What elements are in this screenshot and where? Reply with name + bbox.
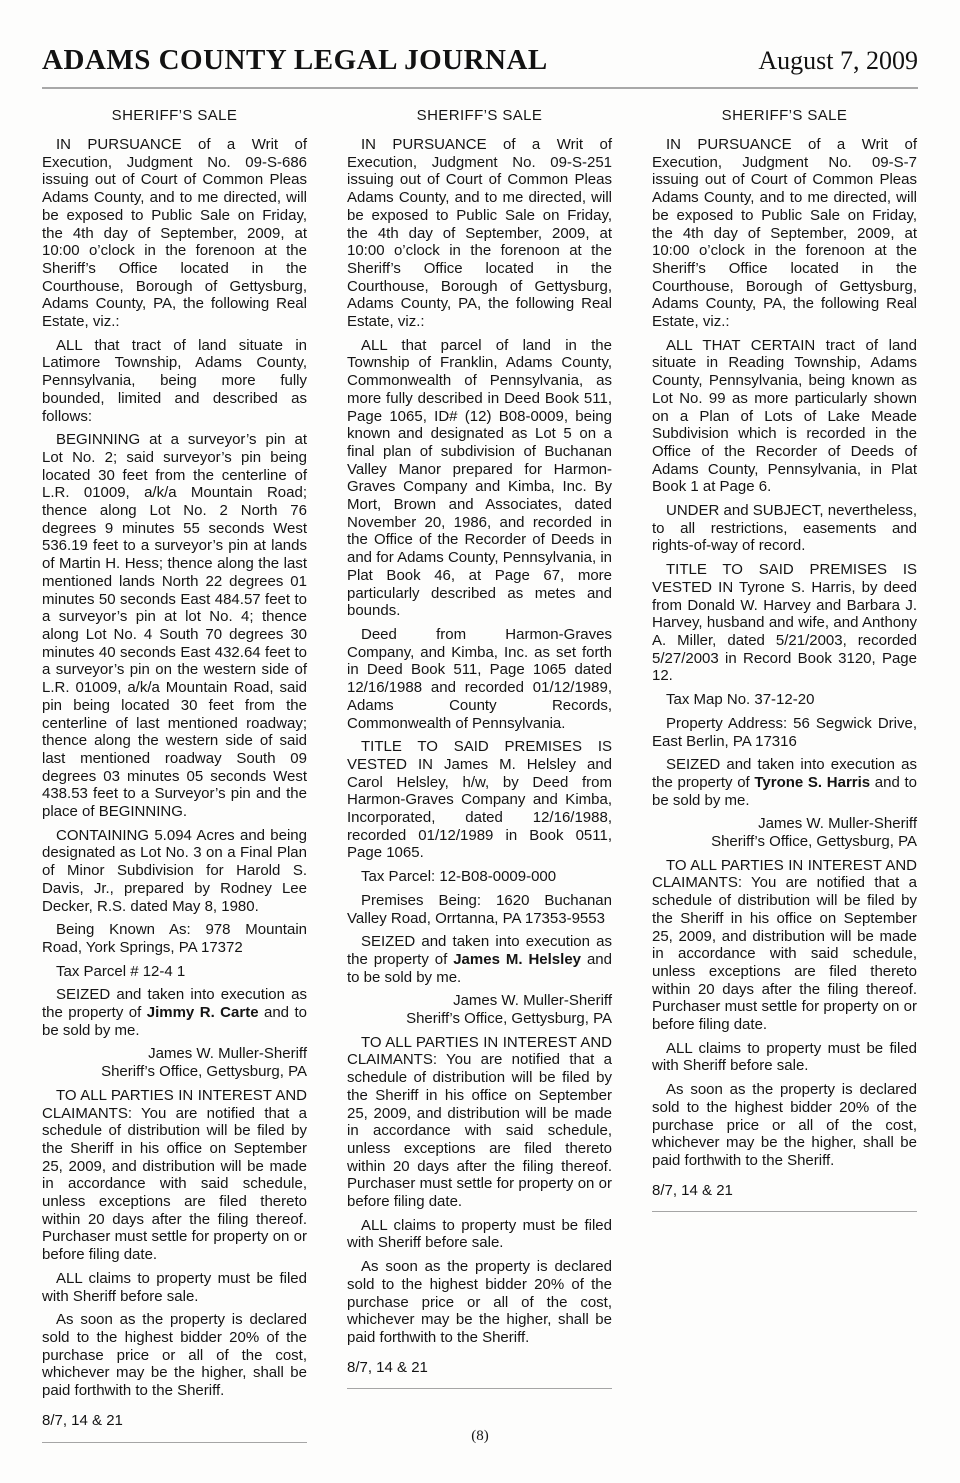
paragraph-text: As soon as the property is declared sold… [347,1258,612,1346]
notice-paragraph: IN PURSUANCE of a Writ of Execution, Jud… [347,136,612,331]
notice-body: IN PURSUANCE of a Writ of Execution, Jud… [347,136,612,1376]
paragraph-text: TO ALL PARTIES IN INTEREST AND CLAIMANTS… [42,1087,307,1263]
paragraph-text: Property Address: 56 Segwick Drive, East… [652,715,917,750]
page-number: (8) [0,1428,960,1445]
signature-line: Sheriff’s Office, Gettysburg, PA [347,1010,612,1028]
notice-paragraph: TITLE TO SAID PREMISES IS VESTED IN Jame… [347,738,612,862]
paragraph-text: As soon as the property is declared sold… [42,1311,307,1399]
notice-paragraph: UNDER and SUBJECT, nevertheless, to all … [652,502,917,555]
notice-paragraph: SEIZED and taken into execution as the p… [347,933,612,986]
paragraph-text: Deed from Harmon-Graves Company, and Kim… [347,626,612,732]
signature-line: James W. Muller-Sheriff [652,815,917,833]
notice-paragraph: As soon as the property is declared sold… [652,1081,917,1170]
signature-block: James W. Muller-SheriffSheriff’s Office,… [347,992,612,1027]
notice-paragraph: CONTAINING 5.094 Acres and being designa… [42,827,307,916]
notice-paragraph: ALL claims to property must be filed wit… [42,1270,307,1305]
paragraph-text: IN PURSUANCE of a Writ of Execution, Jud… [347,136,612,330]
notice-paragraph: Deed from Harmon-Graves Company, and Kim… [347,626,612,732]
notice-column: SHERIFF’S SALE IN PURSUANCE of a Writ of… [42,107,307,1443]
signature-line: James W. Muller-Sheriff [347,992,612,1010]
signature-line: Sheriff’s Office, Gettysburg, PA [42,1063,307,1081]
paragraph-text: Tax Parcel: 12-B08-0009-000 [361,868,556,885]
notice-heading: SHERIFF’S SALE [347,107,612,125]
notice-paragraph: ALL claims to property must be filed wit… [347,1217,612,1252]
notice-paragraph: IN PURSUANCE of a Writ of Execution, Jud… [652,136,917,331]
notice-paragraph: TO ALL PARTIES IN INTEREST AND CLAIMANTS… [42,1087,307,1264]
notice-paragraph: SEIZED and taken into execution as the p… [652,756,917,809]
paragraph-text: Tax Parcel # 12-4 1 [56,963,185,980]
notice-body: IN PURSUANCE of a Writ of Execution, Jud… [42,136,307,1430]
notice-paragraph: Tax Parcel: 12-B08-0009-000 [347,868,612,886]
notice-paragraph: ALL claims to property must be filed wit… [652,1040,917,1075]
paragraph-text: IN PURSUANCE of a Writ of Execution, Jud… [42,136,307,330]
paragraph-text: CONTAINING 5.094 Acres and being designa… [42,827,307,915]
notice-paragraph: ALL that tract of land situate in Latimo… [42,337,307,426]
notice-column: SHERIFF’S SALE IN PURSUANCE of a Writ of… [347,107,612,1443]
paragraph-text: IN PURSUANCE of a Writ of Execution, Jud… [652,136,917,330]
notice-paragraph: TO ALL PARTIES IN INTEREST AND CLAIMANTS… [652,857,917,1034]
signature-block: James W. Muller-SheriffSheriff’s Office,… [42,1045,307,1080]
notice-paragraph: Tax Map No. 37-12-20 [652,691,917,709]
signature-block: James W. Muller-SheriffSheriff’s Office,… [652,815,917,850]
masthead-title: ADAMS COUNTY LEGAL JOURNAL [42,44,548,76]
paragraph-text: TO ALL PARTIES IN INTEREST AND CLAIMANTS… [347,1034,612,1210]
notice-paragraph: Tax Parcel # 12-4 1 [42,963,307,981]
notice-paragraph: TITLE TO SAID PREMISES IS VESTED IN Tyro… [652,561,917,685]
paragraph-text: ALL that parcel of land in the Township … [347,337,612,620]
notice-paragraph: ALL THAT CERTAIN tract of land situate i… [652,337,917,496]
docket-line: 8/7, 14 & 21 [42,1412,307,1430]
notice-body: IN PURSUANCE of a Writ of Execution, Jud… [652,136,917,1199]
notice-end-rule [652,1211,917,1212]
paragraph-text: TO ALL PARTIES IN INTEREST AND CLAIMANTS… [652,857,917,1033]
paragraph-text: TITLE TO SAID PREMISES IS VESTED IN Jame… [347,738,612,861]
defendant-name: Tyrone S. Harris [754,774,870,791]
notice-paragraph: Premises Being: 1620 Buchanan Valley Roa… [347,892,612,927]
paragraph-text: BEGINNING at a surveyor’s pin at Lot No.… [42,431,307,820]
paragraph-text: ALL claims to property must be filed wit… [42,1270,307,1305]
defendant-name: Jimmy R. Carte [147,1004,259,1021]
notice-end-rule [347,1388,612,1389]
notice-heading: SHERIFF’S SALE [42,107,307,125]
notice-paragraph: TO ALL PARTIES IN INTEREST AND CLAIMANTS… [347,1034,612,1211]
notice-paragraph: Being Known As: 978 Mountain Road, York … [42,921,307,956]
notice-column: SHERIFF’S SALE IN PURSUANCE of a Writ of… [652,107,917,1443]
paragraph-text: Tax Map No. 37-12-20 [666,691,814,708]
paragraph-text: ALL claims to property must be filed wit… [652,1040,917,1075]
masthead: ADAMS COUNTY LEGAL JOURNAL August 7, 200… [42,44,918,89]
paragraph-text: Being Known As: 978 Mountain Road, York … [42,921,307,956]
journal-page: ADAMS COUNTY LEGAL JOURNAL August 7, 200… [42,0,918,1443]
paragraph-text: Premises Being: 1620 Buchanan Valley Roa… [347,892,612,927]
paragraph-text: UNDER and SUBJECT, nevertheless, to all … [652,502,917,554]
notice-paragraph: As soon as the property is declared sold… [42,1311,307,1400]
signature-line: James W. Muller-Sheriff [42,1045,307,1063]
paragraph-text: ALL THAT CERTAIN tract of land situate i… [652,337,917,496]
notice-paragraph: IN PURSUANCE of a Writ of Execution, Jud… [42,136,307,331]
notice-paragraph: BEGINNING at a surveyor’s pin at Lot No.… [42,431,307,820]
notices-row: SHERIFF’S SALE IN PURSUANCE of a Writ of… [42,107,918,1443]
docket-line: 8/7, 14 & 21 [347,1359,612,1377]
defendant-name: James M. Helsley [453,951,581,968]
notice-paragraph: As soon as the property is declared sold… [347,1258,612,1347]
docket-line: 8/7, 14 & 21 [652,1182,917,1200]
notice-heading: SHERIFF’S SALE [652,107,917,125]
notice-paragraph: ALL that parcel of land in the Township … [347,337,612,620]
paragraph-text: ALL that tract of land situate in Latimo… [42,337,307,425]
notice-paragraph: Property Address: 56 Segwick Drive, East… [652,715,917,750]
paragraph-text: ALL claims to property must be filed wit… [347,1217,612,1252]
masthead-date: August 7, 2009 [758,45,918,77]
paragraph-text: TITLE TO SAID PREMISES IS VESTED IN Tyro… [652,561,917,684]
signature-line: Sheriff’s Office, Gettysburg, PA [652,833,917,851]
paragraph-text: As soon as the property is declared sold… [652,1081,917,1169]
notice-paragraph: SEIZED and taken into execution as the p… [42,986,307,1039]
